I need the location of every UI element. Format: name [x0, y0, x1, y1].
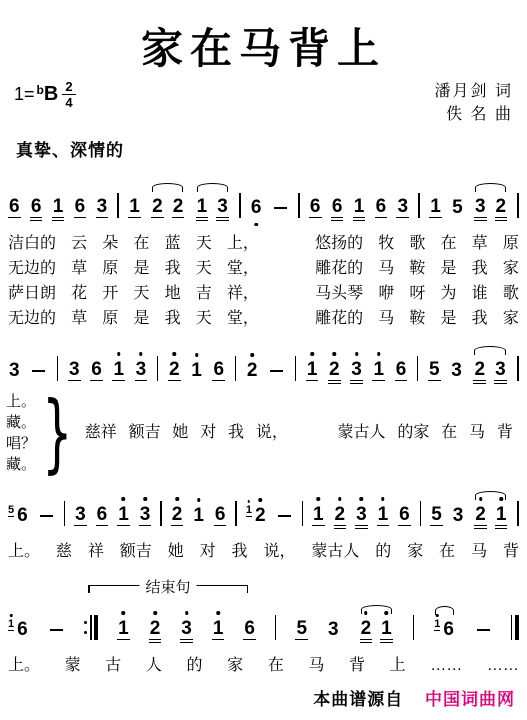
lyric-syllable: 她 [168, 541, 184, 563]
note-number: 1 [128, 196, 141, 218]
note-number: 3 [327, 619, 340, 640]
note: 56 [8, 505, 29, 526]
lyric-syllable: 呀 [409, 283, 425, 305]
note: 6 [8, 196, 21, 218]
lyric-syllable: 草 [71, 308, 87, 330]
octave-dot-above [153, 611, 157, 615]
note: 3 [96, 196, 109, 218]
note-number: 2 [151, 196, 164, 218]
duration-dash [274, 207, 287, 210]
note: 3 [135, 359, 148, 381]
music-line-4: 1612316532116 [0, 597, 527, 652]
lyric-syllable: 的 [187, 655, 203, 677]
note: 6 [331, 196, 344, 218]
note: 3 [216, 196, 229, 218]
note-number: 3 [74, 504, 87, 526]
note: 1 [190, 360, 203, 381]
lyric-syllable: 我 [228, 422, 244, 444]
lyric-syllable: 上。 [8, 541, 40, 563]
lyric-syllable: 人 [146, 655, 162, 677]
note-number: 2 [246, 360, 259, 381]
lyrics-line-1-verse-1: 洁白的云朵在蓝天上，悠扬的牧歌在草原 [0, 233, 527, 255]
lyric-syllable: 鞍 [409, 308, 425, 330]
barline-single [302, 501, 304, 526]
note: 2 [328, 359, 341, 381]
lyric-syllable: 是 [133, 308, 149, 330]
ending-phrase-label: 结束句 [139, 576, 196, 597]
note-number: 1 [212, 618, 225, 640]
note: 2 [168, 359, 181, 381]
duration-dash [32, 370, 45, 373]
note-number: 3 [96, 196, 109, 218]
lyrics-line-1-verse-2: 无边的草原是我天堂，雕花的马鞍是我家 [0, 258, 527, 280]
octave-dot-above [360, 497, 364, 501]
note-number: 6 [96, 504, 109, 526]
octave-dot-above [143, 497, 147, 501]
system-4: 结束句 1612316532116 上。蒙古人的家在马背上………… [0, 573, 527, 677]
lyrics-line-4: 上。蒙古人的家在马背上………… [0, 655, 527, 677]
note-number: 3 [450, 360, 463, 381]
lyric-syllable: 的家 [397, 422, 429, 444]
note-number: 6 [74, 196, 87, 218]
barline-single [420, 501, 422, 526]
lyric-syllable: 说， [263, 541, 295, 563]
lyric-syllable: 无边的 [8, 308, 56, 330]
note: 3 [396, 196, 409, 218]
note-number: 1 [377, 504, 390, 526]
source-attribution: 本曲谱源自 中国词曲网 [313, 685, 515, 710]
octave-dot-above [317, 497, 321, 501]
lyric-syllable: 洁白的 [8, 233, 56, 255]
note: 6 [398, 504, 411, 526]
lyric-syllable: 雕花的 [315, 258, 363, 280]
lyric-syllable: 天 [133, 283, 149, 305]
note-number: 1 [192, 505, 205, 526]
lyric-syllable: 咿 [378, 283, 394, 305]
note-number: 2 [172, 196, 185, 218]
lyric-syllable: 歌 [409, 233, 425, 255]
verse-ending: 藏。 [6, 454, 36, 475]
grace-note: 1 [246, 505, 252, 517]
barline-single [298, 193, 300, 218]
note: 6 [214, 504, 227, 526]
octave-dot-above [216, 611, 220, 615]
lyric-syllable: 马 [308, 655, 324, 677]
note: 6 [74, 196, 87, 218]
note-number: 6 [90, 359, 103, 381]
lyric-syllable: 为 [441, 283, 457, 305]
note-number: 6 [212, 359, 225, 381]
octave-dot-above [122, 611, 126, 615]
barline-single [235, 356, 237, 381]
note: 2 [473, 359, 486, 381]
octave-dot-above [355, 352, 359, 356]
octave-dot-above [338, 497, 342, 501]
octave-dot-above [499, 497, 503, 501]
octave-dot-above [117, 352, 121, 356]
note-number: 2 [171, 504, 184, 526]
note-number: 1 [117, 504, 130, 526]
note: 1 [353, 196, 366, 218]
note: 5 [451, 197, 464, 218]
duration-dash [50, 629, 63, 632]
note-number: 6 [30, 196, 43, 218]
lyric-syllable: 堂， [227, 258, 259, 280]
lyric-syllable: 慈 [56, 541, 72, 563]
note: 2 [495, 196, 508, 218]
octave-dot-above [173, 352, 177, 356]
barline-single [413, 615, 415, 640]
note-number: 3 [396, 196, 409, 218]
lyric-syllable: 是 [441, 308, 457, 330]
octave-dot-above [310, 352, 314, 356]
slur-group: 23 [472, 359, 507, 381]
lyric-syllable: 天 [196, 233, 212, 255]
note-number: 1 [372, 359, 385, 381]
note: 6 [90, 359, 103, 381]
note: 1 [306, 359, 319, 381]
slur-group: 21 [359, 618, 394, 640]
source-prefix: 本曲谱源自 [313, 690, 403, 709]
note: 1 [380, 618, 393, 640]
lyric-syllable: 对 [200, 541, 216, 563]
lyric-syllable: 草 [472, 233, 488, 255]
lyric-syllable: 无边的 [8, 258, 56, 280]
lyric-syllable: 原 [102, 258, 118, 280]
verse-endings: 上。藏。唱？藏。 [6, 391, 36, 475]
note-number: 6 [250, 197, 263, 218]
note-number: 1 [312, 504, 325, 526]
lyric-syllable: 背 [349, 655, 365, 677]
lyric-syllable: …… [487, 655, 519, 677]
lyric-syllable: 的 [375, 541, 391, 563]
note: 1 [429, 196, 442, 218]
verse-ending: 藏。 [6, 412, 36, 433]
note-number: 2 [473, 359, 486, 381]
lyric-syllable: 开 [102, 283, 118, 305]
barline-single [275, 615, 277, 640]
note: 1 [117, 618, 130, 640]
octave-dot-above [259, 498, 263, 502]
lyric-syllable: 牧 [378, 233, 394, 255]
meter-numerator: 2 [62, 80, 75, 95]
duration-dash [270, 370, 283, 373]
flat-symbol: b [37, 83, 44, 97]
note: 5 [295, 618, 308, 640]
note-number: 6 [398, 504, 411, 526]
duration-dash [278, 515, 291, 518]
octave-dot-above [10, 614, 13, 617]
lyric-syllable: 天 [196, 258, 212, 280]
note-number: 1 [306, 359, 319, 381]
lyric-syllable: 祥， [227, 283, 259, 305]
barline-single [117, 193, 119, 218]
lyric-syllable: 马 [469, 422, 485, 444]
lyric-syllable: 萨日朗 [8, 283, 56, 305]
lyric-syllable: 原 [102, 308, 118, 330]
lyric-syllable: 她 [172, 422, 188, 444]
lyric-syllable: 古 [105, 655, 121, 677]
note-number: 6 [375, 196, 388, 218]
credits: 潘月剑 词 佚 名 曲 [435, 80, 513, 126]
lyric-syllable: 祥 [88, 541, 104, 563]
lyric-syllable: 歌 [503, 283, 519, 305]
lyric-syllable: 在 [268, 655, 284, 677]
barline-final [511, 615, 519, 640]
lyric-syllable: 我 [165, 258, 181, 280]
time-signature: 2 4 [62, 80, 75, 109]
note-number: 6 [442, 619, 455, 640]
verse-brace: } [42, 393, 72, 473]
lyric-syllable: 在 [133, 233, 149, 255]
note-number: 6 [214, 504, 227, 526]
music-line-3: 56361321612123165321 [0, 485, 527, 538]
note: 1 [196, 196, 209, 218]
note-number: 6 [331, 196, 344, 218]
octave-dot-below [254, 223, 258, 227]
note: 16 [434, 619, 455, 640]
lyric-syllable: 在 [439, 541, 455, 563]
octave-dot-above [381, 497, 385, 501]
music-line-2: 336132162123165323 [0, 340, 527, 393]
lyric-syllable: 背 [497, 422, 513, 444]
note: 6 [30, 196, 43, 218]
tempo-marking: 真挚、深情的 [0, 136, 527, 161]
grace-note: 1 [8, 619, 14, 631]
note-number: 1 [190, 360, 203, 381]
note-number: 1 [117, 618, 130, 640]
key-letter: B [44, 83, 58, 106]
note: 2 [171, 504, 184, 526]
note-number: 1 [353, 196, 366, 218]
note: 3 [355, 504, 368, 526]
octave-dot-above [479, 497, 483, 501]
note-number: 2 [360, 618, 373, 640]
lyrics-line-1-verse-4: 无边的草原是我天堂，雕花的马鞍是我家 [0, 308, 527, 330]
note-number: 2 [334, 504, 347, 526]
octave-dot-above [185, 611, 189, 615]
lyric-syllable: 蒙古人 [311, 541, 359, 563]
note-number: 2 [149, 618, 162, 640]
note: 6 [395, 359, 408, 381]
note: 6 [96, 504, 109, 526]
octave-dot-above [139, 352, 143, 356]
lyric-syllable: 草 [71, 258, 87, 280]
key-signature: 1=bB 2 4 [14, 80, 76, 109]
note-number: 2 [495, 196, 508, 218]
sheet-music-page: 家在马背上 1=bB 2 4 潘月剑 词 佚 名 曲 真挚、深情的 661631… [0, 0, 527, 720]
octave-dot-above [377, 352, 381, 356]
note-number: 6 [8, 196, 21, 218]
barline-single [517, 501, 519, 526]
music-line-1: 66163122136661631532 [0, 177, 527, 230]
note: 1 [128, 196, 141, 218]
note-number: 1 [52, 196, 65, 218]
note: 1 [192, 505, 205, 526]
slur-group: 22 [150, 196, 185, 218]
lyric-syllable: 家 [227, 655, 243, 677]
octave-dot-above [122, 497, 126, 501]
lyric-syllable: 我 [165, 308, 181, 330]
note-number: 3 [452, 505, 465, 526]
slur-group: 21 [473, 504, 508, 526]
note: 2 [474, 504, 487, 526]
slur-group: 16 [433, 619, 456, 640]
lyric-syllable: 额吉 [120, 541, 152, 563]
lyrics-line-3: 上。慈祥额吉她对我说，蒙古人的家在马背 [0, 541, 527, 563]
note-number: 3 [8, 360, 21, 381]
lyric-syllable: 是 [133, 258, 149, 280]
lyric-syllable: 马 [378, 308, 394, 330]
note-number: 2 [474, 504, 487, 526]
barline-single [57, 356, 59, 381]
lyric-syllable: 原 [503, 233, 519, 255]
lyric-syllable: 慈祥 [85, 422, 117, 444]
barline-single [517, 356, 519, 381]
note: 1 [112, 359, 125, 381]
note-number: 3 [68, 359, 81, 381]
note: 3 [494, 359, 507, 381]
note: 3 [450, 360, 463, 381]
octave-dot-above [364, 611, 368, 615]
note: 6 [309, 196, 322, 218]
verse-ending: 上。 [6, 391, 36, 412]
note-number: 3 [350, 359, 363, 381]
note: 1 [377, 504, 390, 526]
note: 1 [312, 504, 325, 526]
octave-dot-above [197, 498, 201, 502]
system-3: 56361321612123165321 上。慈祥额吉她对我说，蒙古人的家在马背 [0, 485, 527, 563]
note: 2 [151, 196, 164, 218]
barline-single [160, 501, 162, 526]
lyric-syllable: 上。 [8, 655, 40, 677]
lyric-syllable: 朵 [102, 233, 118, 255]
note: 3 [8, 360, 21, 381]
lyrics-line-1-verse-3: 萨日朗花开天地吉祥，马头琴咿呀为谁歌 [0, 283, 527, 305]
lyric-syllable: 天 [196, 308, 212, 330]
note: 3 [474, 196, 487, 218]
lyric-syllable: 雕花的 [315, 308, 363, 330]
octave-dot-above [195, 353, 199, 357]
duration-dash [477, 629, 490, 632]
duration-dash [40, 515, 53, 518]
note: 1 [212, 618, 225, 640]
note: 1 [52, 196, 65, 218]
note-number: 2 [168, 359, 181, 381]
note-number: 3 [355, 504, 368, 526]
note-number: 1 [196, 196, 209, 218]
grace-note: 5 [8, 505, 14, 517]
note: 5 [428, 359, 441, 381]
barline-single [239, 193, 241, 218]
lyric-syllable: 谁 [472, 283, 488, 305]
note: 6 [250, 197, 263, 218]
verse-ending: 唱？ [6, 433, 36, 454]
note-number: 6 [16, 505, 29, 526]
lyric-syllable: 是 [441, 258, 457, 280]
composer-credit: 佚 名 曲 [435, 103, 513, 126]
lyric-syllable: 背 [503, 541, 519, 563]
barline-single [64, 501, 66, 526]
note: 1 [117, 504, 130, 526]
octave-dot-above [333, 352, 337, 356]
note-number: 5 [428, 359, 441, 381]
note-number: 1 [112, 359, 125, 381]
note: 3 [74, 504, 87, 526]
note: 1 [495, 504, 508, 526]
note-number: 5 [451, 197, 464, 218]
note: 3 [327, 619, 340, 640]
note: 2 [149, 618, 162, 640]
lyric-syllable: 鞍 [409, 258, 425, 280]
note-number: 1 [429, 196, 442, 218]
note-number: 3 [494, 359, 507, 381]
lyric-syllable: 花 [71, 283, 87, 305]
note: 3 [350, 359, 363, 381]
note-number: 5 [295, 618, 308, 640]
lyric-syllable: 堂， [227, 308, 259, 330]
song-title: 家在马背上 [0, 16, 527, 76]
lyric-syllable: 我 [472, 308, 488, 330]
note: 3 [452, 505, 465, 526]
lyric-syllable: 悠扬的 [315, 233, 363, 255]
source-site-link[interactable]: 中国词曲网 [425, 690, 515, 709]
note-number: 3 [474, 196, 487, 218]
lyric-syllable: 马头琴 [315, 283, 363, 305]
note: 3 [68, 359, 81, 381]
note: 12 [246, 505, 267, 526]
lyric-syllable: 额吉 [129, 422, 161, 444]
lyric-syllable: 我 [472, 258, 488, 280]
note-number: 1 [380, 618, 393, 640]
barline-single [295, 356, 297, 381]
note-number: 2 [254, 505, 267, 526]
grace-note: 1 [434, 619, 440, 631]
note-number: 3 [216, 196, 229, 218]
lyric-syllable: 家 [503, 258, 519, 280]
note-number: 6 [16, 619, 29, 640]
note: 2 [246, 360, 259, 381]
slur-group: 13 [195, 196, 230, 218]
note: 3 [180, 618, 193, 640]
octave-dot-above [248, 500, 251, 503]
note-number: 1 [495, 504, 508, 526]
lyric-syllable: 蓝 [165, 233, 181, 255]
meta-row: 1=bB 2 4 潘月剑 词 佚 名 曲 [0, 78, 527, 126]
note: 1 [372, 359, 385, 381]
octave-dot-above [175, 497, 179, 501]
barline-repeat-end [84, 615, 99, 640]
barline-single [157, 356, 159, 381]
lyric-syllable: 马 [471, 541, 487, 563]
barline-single [418, 193, 420, 218]
octave-dot-above [436, 614, 439, 617]
lyric-syllable: 上 [390, 655, 406, 677]
lyric-syllable: 家 [407, 541, 423, 563]
lyric-syllable: 马 [378, 258, 394, 280]
note-number: 6 [309, 196, 322, 218]
note: 16 [8, 619, 29, 640]
lyric-syllable: …… [430, 655, 462, 677]
note: 6 [243, 618, 256, 640]
lyric-syllable: 吉 [196, 283, 212, 305]
lyrics-line-2: 慈祥额吉她对我说，蒙古人的家在马背 [77, 422, 521, 444]
slur-group: 32 [473, 196, 508, 218]
ending-phrase-bracket: 结束句 [88, 585, 248, 586]
meter-denominator: 4 [65, 95, 72, 109]
note: 2 [172, 196, 185, 218]
note: 6 [212, 359, 225, 381]
